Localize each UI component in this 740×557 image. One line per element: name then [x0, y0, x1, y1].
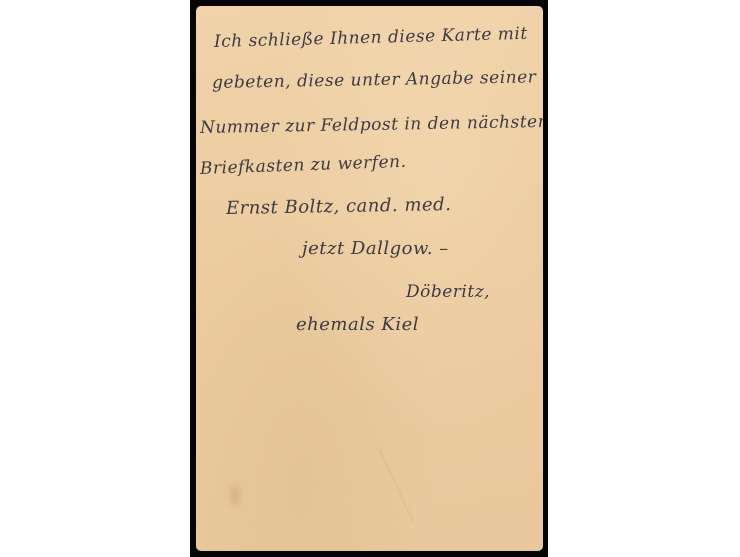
- handwritten-line: gebeten, diese unter Angabe seiner: [212, 67, 537, 93]
- stain-mark: [230, 484, 240, 506]
- handwritten-line: Nummer zur Feldpost in den nächsten: [200, 112, 543, 138]
- signature-place: Döberitz,: [406, 282, 490, 302]
- signature-name: Ernst Boltz, cand. med.: [226, 194, 452, 219]
- handwritten-line: Briefkasten zu werfen.: [200, 152, 407, 179]
- signature-location: jetzt Dallgow. –: [302, 238, 449, 259]
- black-frame: Ich schließe Ihnen diese Karte mit gebet…: [190, 0, 548, 557]
- crease-mark: [379, 450, 414, 523]
- signature-former-place: ehemals Kiel: [296, 314, 419, 335]
- postcard: Ich schließe Ihnen diese Karte mit gebet…: [196, 6, 543, 551]
- handwritten-line: Ich schließe Ihnen diese Karte mit: [214, 24, 528, 52]
